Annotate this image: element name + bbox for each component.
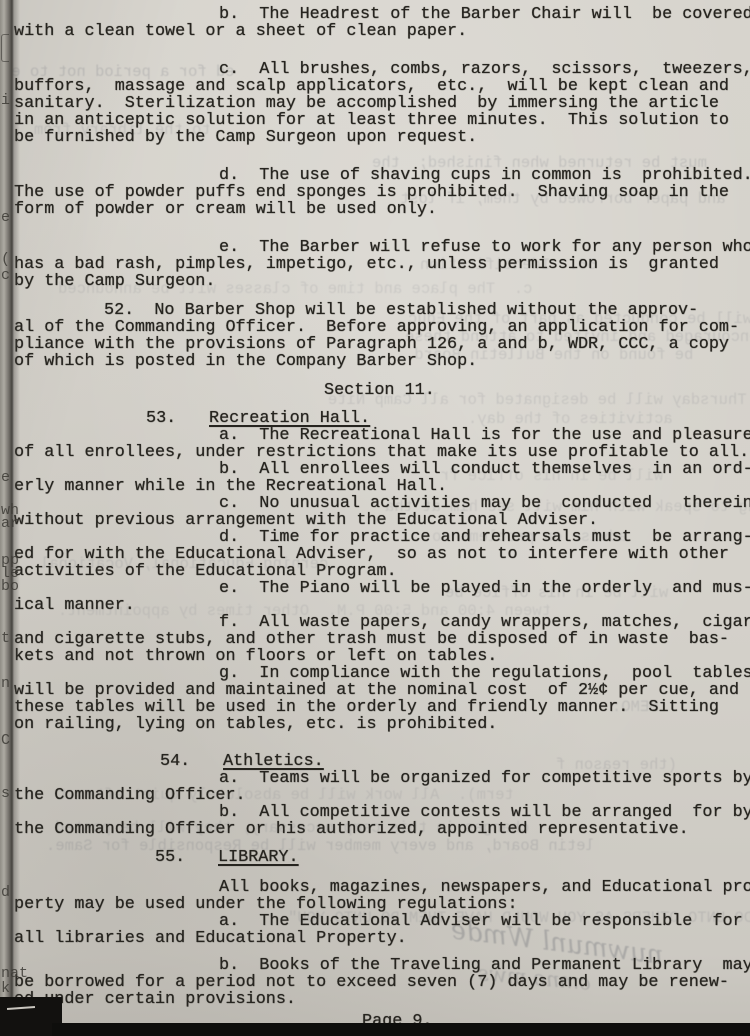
page-text: b. The Headrest of the Barber Chair will…: [14, 6, 744, 1030]
text-line: pliance with the provisions of Paragraph…: [14, 336, 744, 353]
section-heading-54: 54.Athletics.: [160, 753, 744, 770]
gutter-cut-letter: ar: [1, 516, 19, 531]
text-line: on railing, lying on tables, etc. is pro…: [14, 716, 744, 733]
text-line: al of the Commanding Officer. Before app…: [14, 319, 744, 336]
text-line: b. All competitive contests will be arra…: [219, 804, 744, 821]
text-line: ed for with the Educational Adviser, so …: [14, 546, 744, 563]
gutter-cut-letter: (: [1, 252, 10, 267]
text-line: form of powder or cream will be used onl…: [14, 201, 744, 218]
text-line: The use of powder puffs end sponges is p…: [14, 184, 744, 201]
text-line: the Commanding Officer or his authorized…: [14, 821, 744, 838]
text-line: perty may be used under the following re…: [14, 896, 744, 913]
gutter-cut-letter: t: [1, 631, 10, 646]
text-line: with a clean towel or a sheet of clean p…: [14, 23, 744, 40]
text-line: erly manner while in the Recreational Ha…: [14, 478, 744, 495]
text-line: b. All enrollees will conduct themselves…: [219, 461, 744, 478]
gutter-cut-letter: e: [1, 210, 10, 225]
text-line: of all enrollees, under restrictions tha…: [14, 444, 744, 461]
text-line: b. The Headrest of the Barber Chair will…: [219, 6, 744, 23]
text-line: e. The Piano will be played in the order…: [219, 580, 744, 597]
text-line: g. In compliance with the regulations, p…: [219, 665, 744, 682]
text-line: ical manner.: [14, 597, 744, 614]
gutter-cut-letter: e: [1, 470, 10, 485]
gutter-cut-letter: s: [1, 786, 10, 801]
text-line: without previous arrangement with the Ed…: [14, 512, 744, 529]
text-line: all libraries and Educational Property.: [14, 930, 744, 947]
text-line: and cigarette stubs, and other trash mus…: [14, 631, 744, 648]
text-line: buffors, massage and scalp applicators, …: [14, 78, 744, 95]
text-line: the Commanding Officer.: [14, 787, 744, 804]
text-line: be furnished by the Camp Surgeon upon re…: [14, 129, 744, 146]
text-line: has a bad rash, pimples, impetigo, etc.,…: [14, 256, 744, 273]
text-line: by the Camp Surgeon.: [14, 273, 744, 290]
text-line: b. Books of the Traveling and Permanent …: [219, 957, 744, 974]
text-line: c. No unusual activities may be conducte…: [219, 495, 744, 512]
text-line: sanitary. Sterilization may be accomplis…: [14, 95, 744, 112]
spine-pen-mark: [1, 34, 9, 62]
scan-edge-bottom: [52, 1023, 750, 1036]
gutter-cut-letter: k: [1, 981, 10, 996]
gutter-cut-letter: bo: [1, 579, 19, 594]
text-line: 52. No Barber Shop will be established w…: [104, 302, 744, 319]
section-number: 53.: [146, 410, 209, 427]
section-title: LIBRARY.: [218, 848, 299, 867]
text-line: activities of the Educational Program.: [14, 563, 744, 580]
text-line: All books, magazines, newspapers, and Ed…: [219, 879, 744, 896]
section-heading-53: 53.Recreation Hall.: [146, 410, 744, 427]
text-line: a. The Recreational Hall is for the use …: [219, 427, 744, 444]
text-line: a. The Educational Adviser will be respo…: [219, 913, 744, 930]
text-line: these tables will be used in the orderly…: [14, 699, 744, 716]
text-line: kets and not thrown on floors or left on…: [14, 648, 744, 665]
scanned-page: ed for a period not to ex to the library…: [0, 0, 750, 1036]
text-line: be borrowed for a period not to exceed s…: [14, 974, 744, 991]
section-heading-55: 55.LIBRARY.: [155, 849, 744, 866]
text-line: in an anticeptic solution for at least t…: [14, 112, 744, 129]
section-number: 55.: [155, 849, 218, 866]
text-line: e. The Barber will refuse to work for an…: [219, 239, 744, 256]
gutter-cut-letter: c: [1, 268, 10, 283]
section-label: Section 11.: [324, 382, 744, 399]
text-line: f. All waste papers, candy wrappers, mat…: [219, 614, 744, 631]
text-line: c. All brushes, combs, razors, scissors,…: [219, 61, 744, 78]
text-line: d. The use of shaving cups in common is …: [219, 167, 744, 184]
text-line: will be provided and maintained at the n…: [14, 682, 744, 699]
gutter-cut-letter: d: [1, 885, 10, 900]
text-line: ed under certain provisions.: [14, 991, 744, 1008]
gutter-cut-letter: i: [1, 93, 10, 108]
gutter-cut-letter: n: [1, 676, 10, 691]
text-line: of which is posted in the Company Barber…: [14, 353, 744, 370]
gutter-cut-letter: nat: [1, 966, 28, 981]
gutter-cut-letter: C: [1, 733, 10, 748]
section-number: 54.: [160, 753, 223, 770]
text-line: d. Time for practice and rehearsals must…: [219, 529, 744, 546]
text-line: a. Teams will be organized for competiti…: [219, 770, 744, 787]
